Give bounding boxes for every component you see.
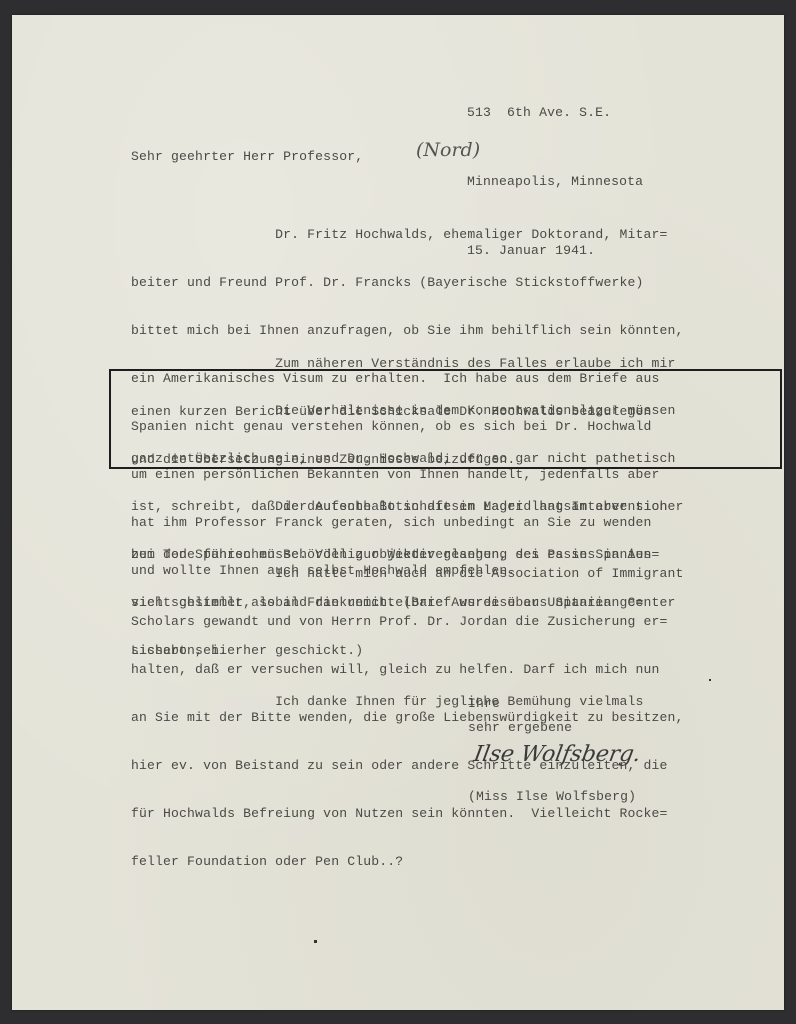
closing-ihre: Ihre — [468, 696, 500, 712]
letter-page: 513 6th Ave. S.E. Minneapolis, Minnesota… — [12, 15, 784, 1010]
address-city: Minneapolis, Minnesota — [467, 170, 643, 193]
stray-mark — [314, 940, 317, 943]
address-street: 513 6th Ave. S.E. — [467, 101, 643, 124]
text-line: Scholars gewandt und von Herrn Prof. Dr.… — [131, 614, 684, 630]
stray-mark — [709, 679, 711, 681]
signature: Ilse Wolfsberg. — [472, 742, 643, 767]
text-line: Ich danke Ihnen für jegliche Bemühung vi… — [131, 694, 643, 710]
text-line: Ich hatte mich auch an die Association o… — [131, 566, 684, 582]
typed-name: (Miss Ilse Wolfsberg) — [468, 789, 636, 805]
salutation: Sehr geehrter Herr Professor, — [131, 149, 363, 165]
handwritten-note: (Nord) — [416, 139, 480, 161]
text-line: Die deutsche Botschaft in Madrid hat Int… — [131, 499, 668, 515]
closing-sehr-ergebene: sehr ergebene — [468, 720, 572, 736]
text-line: beiter und Freund Prof. Dr. Francks (Bay… — [131, 275, 684, 291]
text-line: Dr. Fritz Hochwalds, ehemaliger Doktoran… — [131, 227, 684, 243]
text-line: für Hochwalds Befreiung von Nutzen sein … — [131, 806, 684, 822]
text-line: ganz entsetzlich sein, und Dr. Hochwald,… — [131, 451, 684, 467]
text-line: feller Foundation oder Pen Club..? — [131, 854, 684, 870]
text-line: Die Verhältnisse in dem Konzentrationsla… — [131, 403, 684, 419]
